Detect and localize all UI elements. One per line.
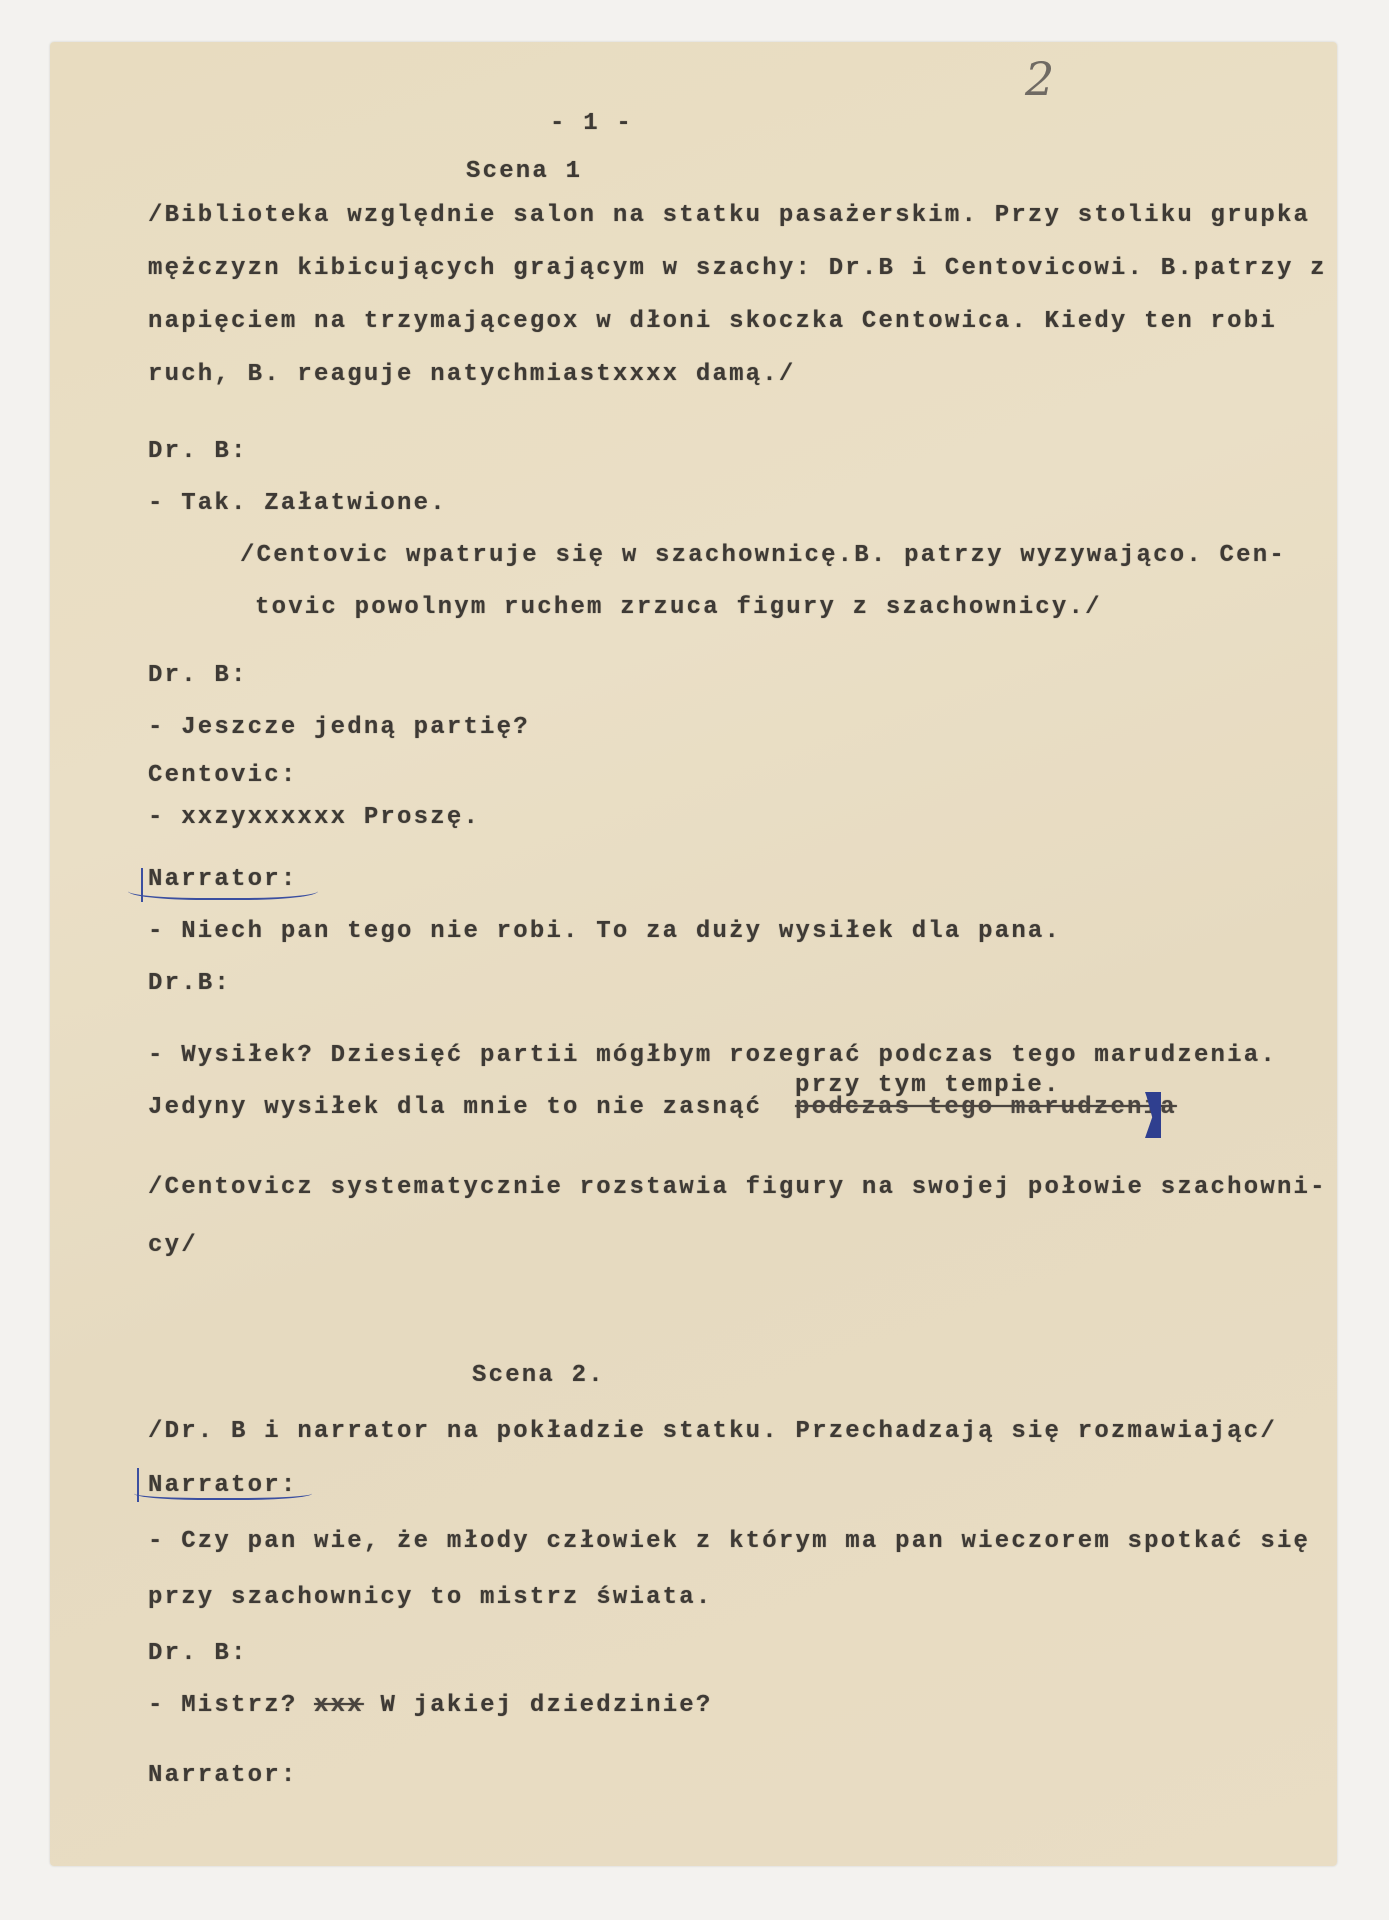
dialogue-line: - Jeszcze jedną partię? (148, 714, 530, 741)
stage-direction-line: tovic powolnym ruchem zrzuca figury z sz… (255, 594, 1102, 621)
stage-direction-line: /Biblioteka względnie salon na statku pa… (148, 202, 1310, 229)
dialogue-line: - Czy pan wie, że młody człowiek z który… (148, 1528, 1310, 1555)
speaker-label: Dr. B: (148, 438, 248, 465)
speaker-label: Dr. B: (148, 1640, 248, 1667)
dialogue-line: - Niech pan tego nie robi. To za duży wy… (148, 918, 1061, 945)
speaker-label: Narrator: (148, 866, 297, 893)
dialogue-line: - Wysiłek? Dziesięć partii mógłbym rozeg… (148, 1042, 1277, 1069)
speaker-label: Dr.B: (148, 970, 231, 997)
stage-direction-line: ruch, B. reaguje natychmiastxxxx damą./ (148, 361, 796, 388)
handwritten-page-number: 2 (1025, 52, 1054, 106)
speaker-label: Dr. B: (148, 662, 248, 689)
dialogue-line: - Mistrz? xxx W jakiej dziedzinie? (148, 1692, 713, 1719)
stage-direction-line: /Centovicz systematycznie rozstawia figu… (148, 1174, 1327, 1201)
stage-direction-line: /Centovic wpatruje się w szachownicę.B. … (240, 542, 1286, 569)
stage-direction-line: mężczyzn kibicujących grającym w szachy:… (148, 255, 1327, 282)
dialogue-line: przy szachownicy to mistrz świata. (148, 1584, 712, 1611)
scene-1-title: Scena 1 (466, 158, 582, 185)
typewritten-page: 2 - 1 - Scena 1 /Biblioteka względnie sa… (50, 42, 1337, 1866)
speaker-label: Centovic: (148, 762, 297, 789)
page-number: - 1 - (550, 110, 633, 137)
stage-direction-line: /Dr. B i narrator na pokładzie statku. P… (148, 1418, 1277, 1445)
stage-direction-line: cy/ (148, 1232, 198, 1259)
dialogue-text: W jakiej dziedzinie? (380, 1692, 712, 1719)
struck-text: xxx (314, 1692, 364, 1719)
dialogue-line: - Tak. Załatwione. (148, 490, 447, 517)
speaker-label: Narrator: (148, 1472, 297, 1499)
scene-2-title: Scena 2. (472, 1362, 605, 1389)
stage-direction-line: napięciem na trzymającegox w dłoni skocz… (148, 308, 1277, 335)
dialogue-line: Jedyny wysiłek dla mnie to nie zasnąć (148, 1094, 762, 1121)
struck-text: podczas tego marudzenia (795, 1094, 1177, 1121)
dialogue-line: - xxzyxxxxxx Proszę. (148, 804, 480, 831)
speaker-label: Narrator: (148, 1762, 297, 1789)
dialogue-text: - Mistrz? (148, 1692, 297, 1719)
